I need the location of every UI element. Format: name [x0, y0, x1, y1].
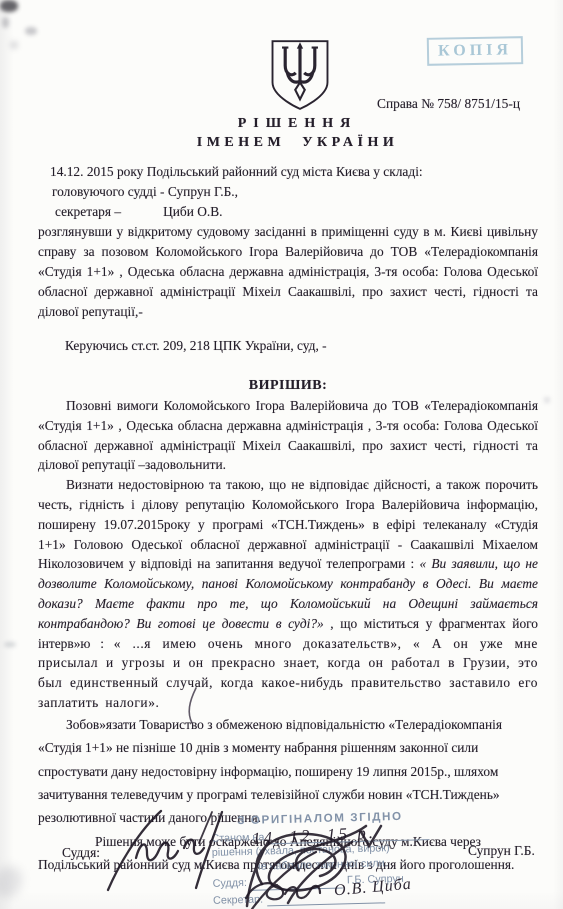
- case-description-paragraph: розглянувши у відкритому судовому засіда…: [38, 222, 538, 322]
- scan-artifact: [10, 41, 18, 49]
- decision-body: 14.12. 2015 року Подільський районний су…: [38, 162, 538, 877]
- stamp-underline: [251, 876, 343, 890]
- guided-by-line: Керуючись ст.ст. 209, 218 ЦПК України, с…: [38, 336, 538, 356]
- ukraine-trident-emblem-icon: [266, 38, 334, 112]
- date-court-line: 14.12. 2015 року Подільський районний су…: [38, 162, 538, 182]
- title-line-1: РІШЕННЯ: [16, 116, 563, 132]
- secretary-label: секретаря –: [55, 204, 121, 219]
- judge-signature-label: Суддя:: [62, 845, 100, 861]
- scanned-court-decision-page: КОПІЯ Справа № 758/ 8751/15-ц РІШЕННЯ ІМ…: [0, 0, 563, 909]
- scan-artifact: [2, 17, 9, 28]
- document-title: РІШЕННЯ ІМЕНЕМ УКРАЇНИ: [16, 116, 563, 151]
- scan-artifact: [0, 863, 26, 902]
- presiding-judge-line: головуючого судді - Супрун Г.Б.,: [38, 182, 538, 202]
- stamp-secretary-label: Секретар:: [213, 892, 263, 908]
- scan-artifact: [4, 642, 16, 647]
- title-line-2: ІМЕНЕМ УКРАЇНИ: [16, 135, 563, 151]
- secretary-line: секретаря –Циби О.В.: [38, 202, 538, 222]
- stamp-judge-label: Суддя:: [212, 876, 247, 891]
- claims-paragraph: Позовні вимоги Коломойського Ігора Валер…: [38, 396, 538, 475]
- recognize-paragraph: Визнати недостовірною та такою, що не ві…: [38, 475, 538, 713]
- resolved-heading: ВИРІШИВ:: [38, 376, 538, 396]
- scan-artifact: [25, 27, 37, 35]
- copy-stamp-label: КОПІЯ: [438, 41, 512, 60]
- secretary-name: Циби О.В.: [163, 204, 222, 219]
- scan-artifact: [544, 397, 550, 403]
- interview-quote: « ...я имею очень много доказательств», …: [38, 636, 538, 710]
- judge-name: Супрун Г.Б.: [468, 843, 535, 859]
- copy-stamp: КОПІЯ: [427, 36, 523, 66]
- scan-artifact: [0, 0, 18, 12]
- case-number: Справа № 758/ 8751/15-ц: [377, 96, 520, 112]
